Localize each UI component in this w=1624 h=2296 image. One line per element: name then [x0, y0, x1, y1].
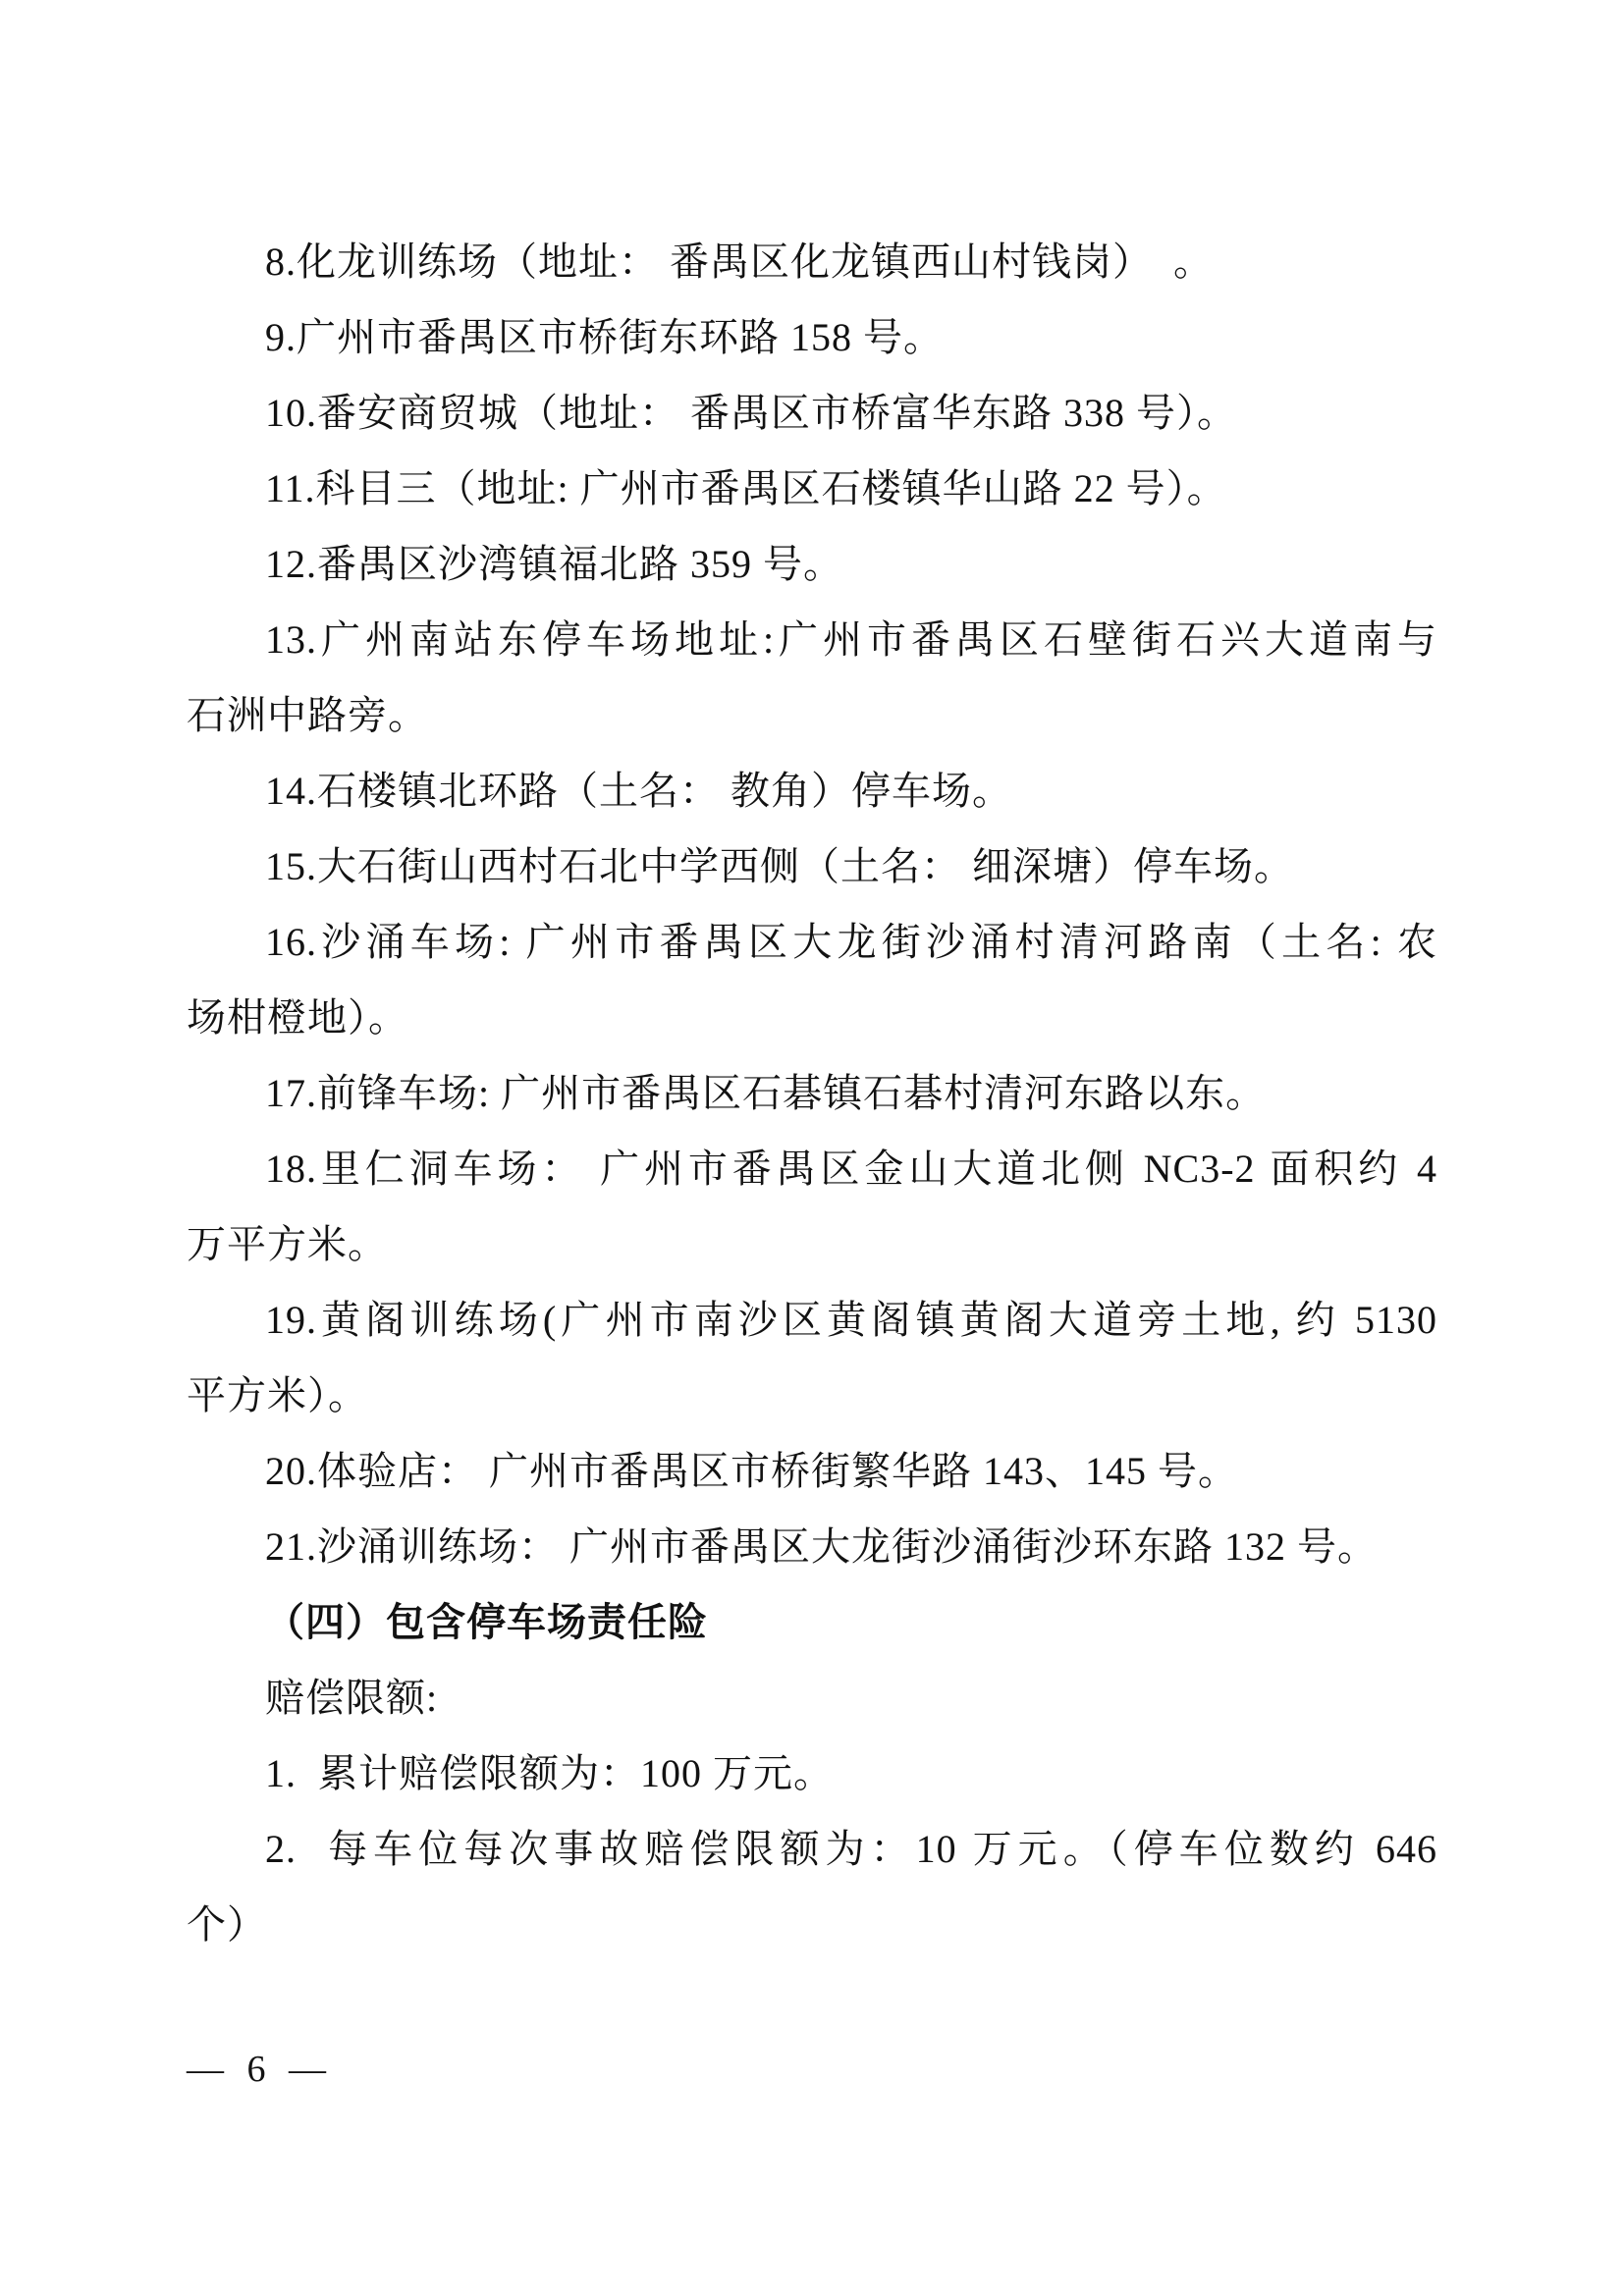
document-line: 11.科目三（地址: 广州市番禺区石楼镇华山路 22 号）。 — [187, 451, 1437, 526]
document-line: 17.前锋车场: 广州市番禺区石碁镇石碁村清河东路以东。 — [187, 1055, 1437, 1131]
document-line: 2. 每车位每次事故赔偿限额为：10 万元。（停车位数约 646 — [187, 1811, 1437, 1887]
document-line: 9.广州市番禺区市桥街东环路 158 号。 — [187, 299, 1437, 375]
document-line: 万平方米。 — [187, 1206, 1437, 1282]
document-line: 19.黄阁训练场(广州市南沙区黄阁镇黄阁大道旁土地, 约 5130 — [187, 1282, 1437, 1358]
document-line: 1. 累计赔偿限额为：100 万元。 — [187, 1735, 1437, 1811]
document-line: 16.沙涌车场: 广州市番禺区大龙街沙涌村清河路南（土名: 农 — [187, 904, 1437, 980]
document-line: 石洲中路旁。 — [187, 677, 1437, 753]
document-line: 赔偿限额: — [187, 1660, 1437, 1735]
document-line: 场柑橙地）。 — [187, 980, 1437, 1055]
document-line: 8.化龙训练场（地址： 番禺区化龙镇西山村钱岗） 。 — [187, 224, 1437, 299]
document-page: { "page": { "background_color": "#ffffff… — [0, 0, 1624, 2296]
section-heading: （四）包含停车场责任险 — [187, 1584, 1437, 1660]
document-line: 20.体验店： 广州市番禺区市桥街繁华路 143、145 号。 — [187, 1433, 1437, 1509]
document-line: 平方米）。 — [187, 1358, 1437, 1433]
document-line: 15.大石街山西村石北中学西侧（土名： 细深塘）停车场。 — [187, 828, 1437, 904]
page-number: — 6 — — [187, 2048, 326, 2091]
document-body: 8.化龙训练场（地址： 番禺区化龙镇西山村钱岗） 。9.广州市番禺区市桥街东环路… — [187, 224, 1437, 1962]
document-line: 个） — [187, 1887, 1437, 1962]
document-line: 18.里仁洞车场： 广州市番禺区金山大道北侧 NC3-2 面积约 4 — [187, 1131, 1437, 1206]
document-line: 14.石楼镇北环路（土名： 教角）停车场。 — [187, 753, 1437, 828]
document-line: 21.沙涌训练场： 广州市番禺区大龙街沙涌街沙环东路 132 号。 — [187, 1509, 1437, 1584]
document-line: 13.广州南站东停车场地址:广州市番禺区石壁街石兴大道南与 — [187, 602, 1437, 677]
document-line: 12.番禺区沙湾镇福北路 359 号。 — [187, 526, 1437, 602]
document-line: 10.番安商贸城（地址： 番禺区市桥富华东路 338 号）。 — [187, 375, 1437, 451]
